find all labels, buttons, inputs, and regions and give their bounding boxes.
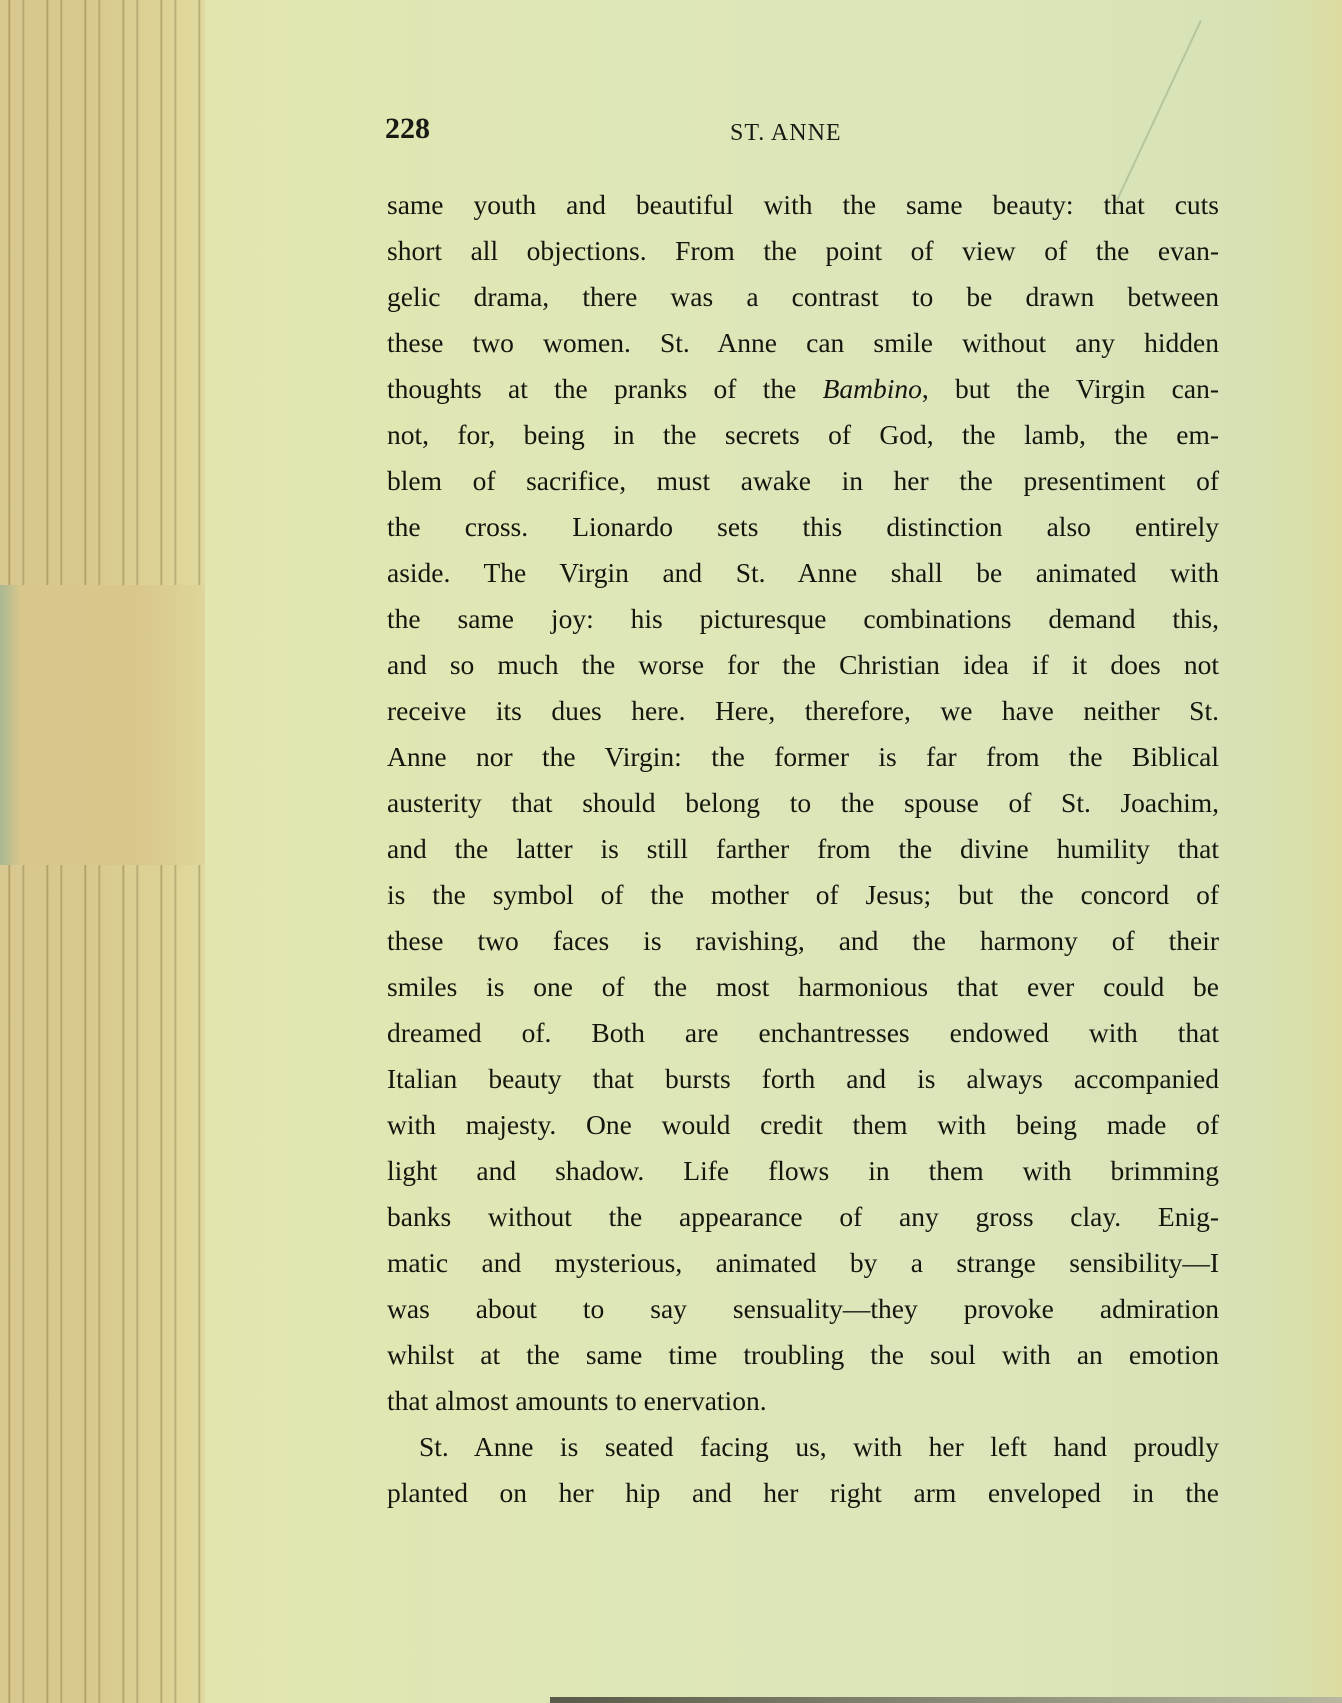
text-line: thoughts at the pranks of the Bambino, b… — [387, 366, 1219, 412]
text-line: and the latter is still farther from the… — [387, 826, 1219, 872]
paragraph-2: St. Anne is seated facing us, with her l… — [387, 1424, 1219, 1516]
text-line: dreamed of. Both are enchantresses endow… — [387, 1010, 1219, 1056]
text-segment: , but the Virgin can- — [922, 373, 1219, 404]
text-line: the same joy: his picturesque combinatio… — [387, 596, 1219, 642]
text-line: light and shadow. Life flows in them wit… — [387, 1148, 1219, 1194]
text-line: is the symbol of the mother of Jesus; bu… — [387, 872, 1219, 918]
text-line: was about to say sensuality—they provoke… — [387, 1286, 1219, 1332]
text-line: Italian beauty that bursts forth and is … — [387, 1056, 1219, 1102]
text-line: same youth and beautiful with the same b… — [387, 182, 1219, 228]
text-line: banks without the appearance of any gros… — [387, 1194, 1219, 1240]
text-line: St. Anne is seated facing us, with her l… — [387, 1424, 1219, 1470]
running-head: 228 ST. ANNE — [385, 112, 1225, 152]
text-line: short all objections. From the point of … — [387, 228, 1219, 274]
text-line: these two women. St. Anne can smile with… — [387, 320, 1219, 366]
text-line: not, for, being in the secrets of God, t… — [387, 412, 1219, 458]
body-text: same youth and beautiful with the same b… — [387, 182, 1219, 1516]
page-bottom-shadow — [550, 1697, 1342, 1703]
text-line: with majesty. One would credit them with… — [387, 1102, 1219, 1148]
text-line: matic and mysterious, animated by a stra… — [387, 1240, 1219, 1286]
text-line: and so much the worse for the Christian … — [387, 642, 1219, 688]
text-line: that almost amounts to enervation. — [387, 1378, 1219, 1424]
text-line: whilst at the same time troubling the so… — [387, 1332, 1219, 1378]
italic-term: Bambino — [823, 373, 922, 404]
text-segment: thoughts at the pranks of the — [387, 373, 823, 404]
text-line: these two faces is ravishing, and the ha… — [387, 918, 1219, 964]
page-number: 228 — [385, 112, 430, 146]
text-line: blem of sacrifice, must awake in her the… — [387, 458, 1219, 504]
text-line: gelic drama, there was a contrast to be … — [387, 274, 1219, 320]
paragraph-1: same youth and beautiful with the same b… — [387, 182, 1219, 1424]
text-line: the cross. Lionardo sets this distinctio… — [387, 504, 1219, 550]
running-title: ST. ANNE — [730, 120, 842, 147]
text-line: planted on her hip and her right arm env… — [387, 1470, 1219, 1516]
text-line: smiles is one of the most harmonious tha… — [387, 964, 1219, 1010]
text-line: Anne nor the Virgin: the former is far f… — [387, 734, 1219, 780]
text-line: aside. The Virgin and St. Anne shall be … — [387, 550, 1219, 596]
text-line: receive its dues here. Here, therefore, … — [387, 688, 1219, 734]
text-line: austerity that should belong to the spou… — [387, 780, 1219, 826]
